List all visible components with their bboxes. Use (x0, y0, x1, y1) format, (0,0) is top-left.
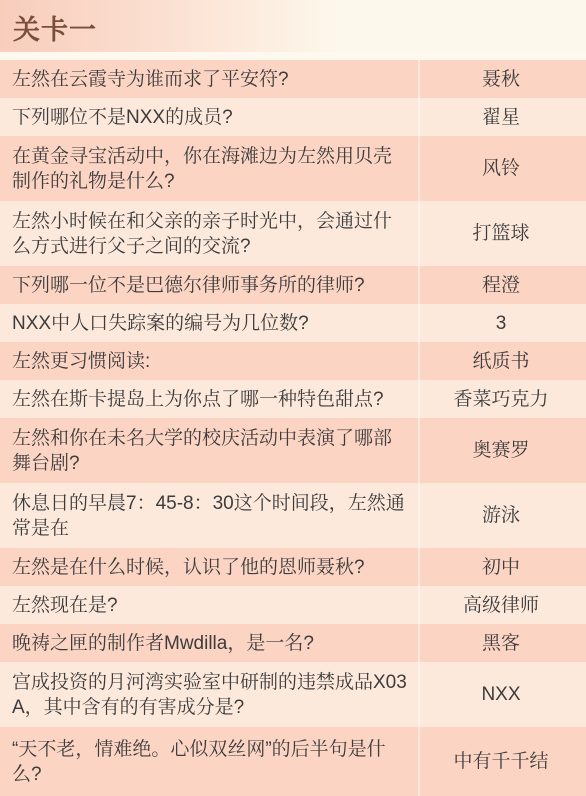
question-cell: 左然现在是? (0, 586, 418, 624)
answer-cell: 初中 (418, 548, 586, 586)
question-cell: 宫成投资的月河湾实验室中研制的违禁成品X03A，其中含有的有害成分是? (0, 662, 418, 727)
table-row: 下列哪一位不是巴德尔律师事务所的律师? 程澄 (0, 266, 586, 304)
quiz-table: 左然在云霞寺为谁而求了平安符? 聂秋 下列哪位不是NXX的成员? 翟星 在黄金寻… (0, 60, 586, 796)
table-row: 左然小时候在和父亲的亲子时光中，会通过什么方式进行父子之间的交流? 打篮球 (0, 201, 586, 266)
question-cell: 左然小时候在和父亲的亲子时光中，会通过什么方式进行父子之间的交流? (0, 201, 418, 266)
answer-cell: 中有千千结 (418, 727, 586, 796)
question-cell: 下列哪位不是NXX的成员? (0, 98, 418, 136)
answer-cell: 香菜巧克力 (418, 380, 586, 418)
question-cell: 在黄金寻宝活动中，你在海滩边为左然用贝壳制作的礼物是什么? (0, 136, 418, 201)
answer-cell: NXX (418, 662, 586, 727)
question-cell: 下列哪一位不是巴德尔律师事务所的律师? (0, 266, 418, 304)
table-row: 宫成投资的月河湾实验室中研制的违禁成品X03A，其中含有的有害成分是? NXX (0, 662, 586, 727)
answer-cell: 3 (418, 304, 586, 342)
page: 关卡一 左然在云霞寺为谁而求了平安符? 聂秋 下列哪位不是NXX的成员? 翟星 … (0, 0, 586, 796)
question-cell: 休息日的早晨7：45-8：30这个时间段，左然通常是在 (0, 483, 418, 548)
question-cell: 晚祷之匣的制作者Mwdilla，是一名? (0, 624, 418, 662)
answer-cell: 纸质书 (418, 342, 586, 380)
table-row: 休息日的早晨7：45-8：30这个时间段，左然通常是在 游泳 (0, 483, 586, 548)
answer-cell: 翟星 (418, 98, 586, 136)
question-cell: 左然更习惯阅读: (0, 342, 418, 380)
question-cell: 左然在云霞寺为谁而求了平安符? (0, 60, 418, 98)
table-row: 左然和你在未名大学的校庆活动中表演了哪部舞台剧? 奥赛罗 (0, 418, 586, 483)
table-row: 左然在斯卡提岛上为你点了哪一种特色甜点? 香菜巧克力 (0, 380, 586, 418)
question-cell: 左然是在什么时候，认识了他的恩师聂秋? (0, 548, 418, 586)
table-row: 晚祷之匣的制作者Mwdilla，是一名? 黑客 (0, 624, 586, 662)
answer-cell: 打篮球 (418, 201, 586, 266)
title-block: 关卡一 (0, 0, 586, 52)
answer-cell: 游泳 (418, 483, 586, 548)
table-row: 左然是在什么时候，认识了他的恩师聂秋? 初中 (0, 548, 586, 586)
table-row: 左然更习惯阅读: 纸质书 (0, 342, 586, 380)
table-row: 左然在云霞寺为谁而求了平安符? 聂秋 (0, 60, 586, 98)
table-row: NXX中人口失踪案的编号为几位数? 3 (0, 304, 586, 342)
answer-cell: 聂秋 (418, 60, 586, 98)
table-row: 左然现在是? 高级律师 (0, 586, 586, 624)
answer-cell: 奥赛罗 (418, 418, 586, 483)
page-title: 关卡一 (0, 6, 97, 47)
table-row: “天不老，情难绝。心似双丝网”的后半句是什么? 中有千千结 (0, 727, 586, 796)
answer-cell: 风铃 (418, 136, 586, 201)
table-row: 在黄金寻宝活动中，你在海滩边为左然用贝壳制作的礼物是什么? 风铃 (0, 136, 586, 201)
question-cell: “天不老，情难绝。心似双丝网”的后半句是什么? (0, 727, 418, 796)
title-gap (0, 52, 586, 60)
answer-cell: 程澄 (418, 266, 586, 304)
answer-cell: 黑客 (418, 624, 586, 662)
question-cell: 左然和你在未名大学的校庆活动中表演了哪部舞台剧? (0, 418, 418, 483)
answer-cell: 高级律师 (418, 586, 586, 624)
table-row: 下列哪位不是NXX的成员? 翟星 (0, 98, 586, 136)
question-cell: 左然在斯卡提岛上为你点了哪一种特色甜点? (0, 380, 418, 418)
question-cell: NXX中人口失踪案的编号为几位数? (0, 304, 418, 342)
